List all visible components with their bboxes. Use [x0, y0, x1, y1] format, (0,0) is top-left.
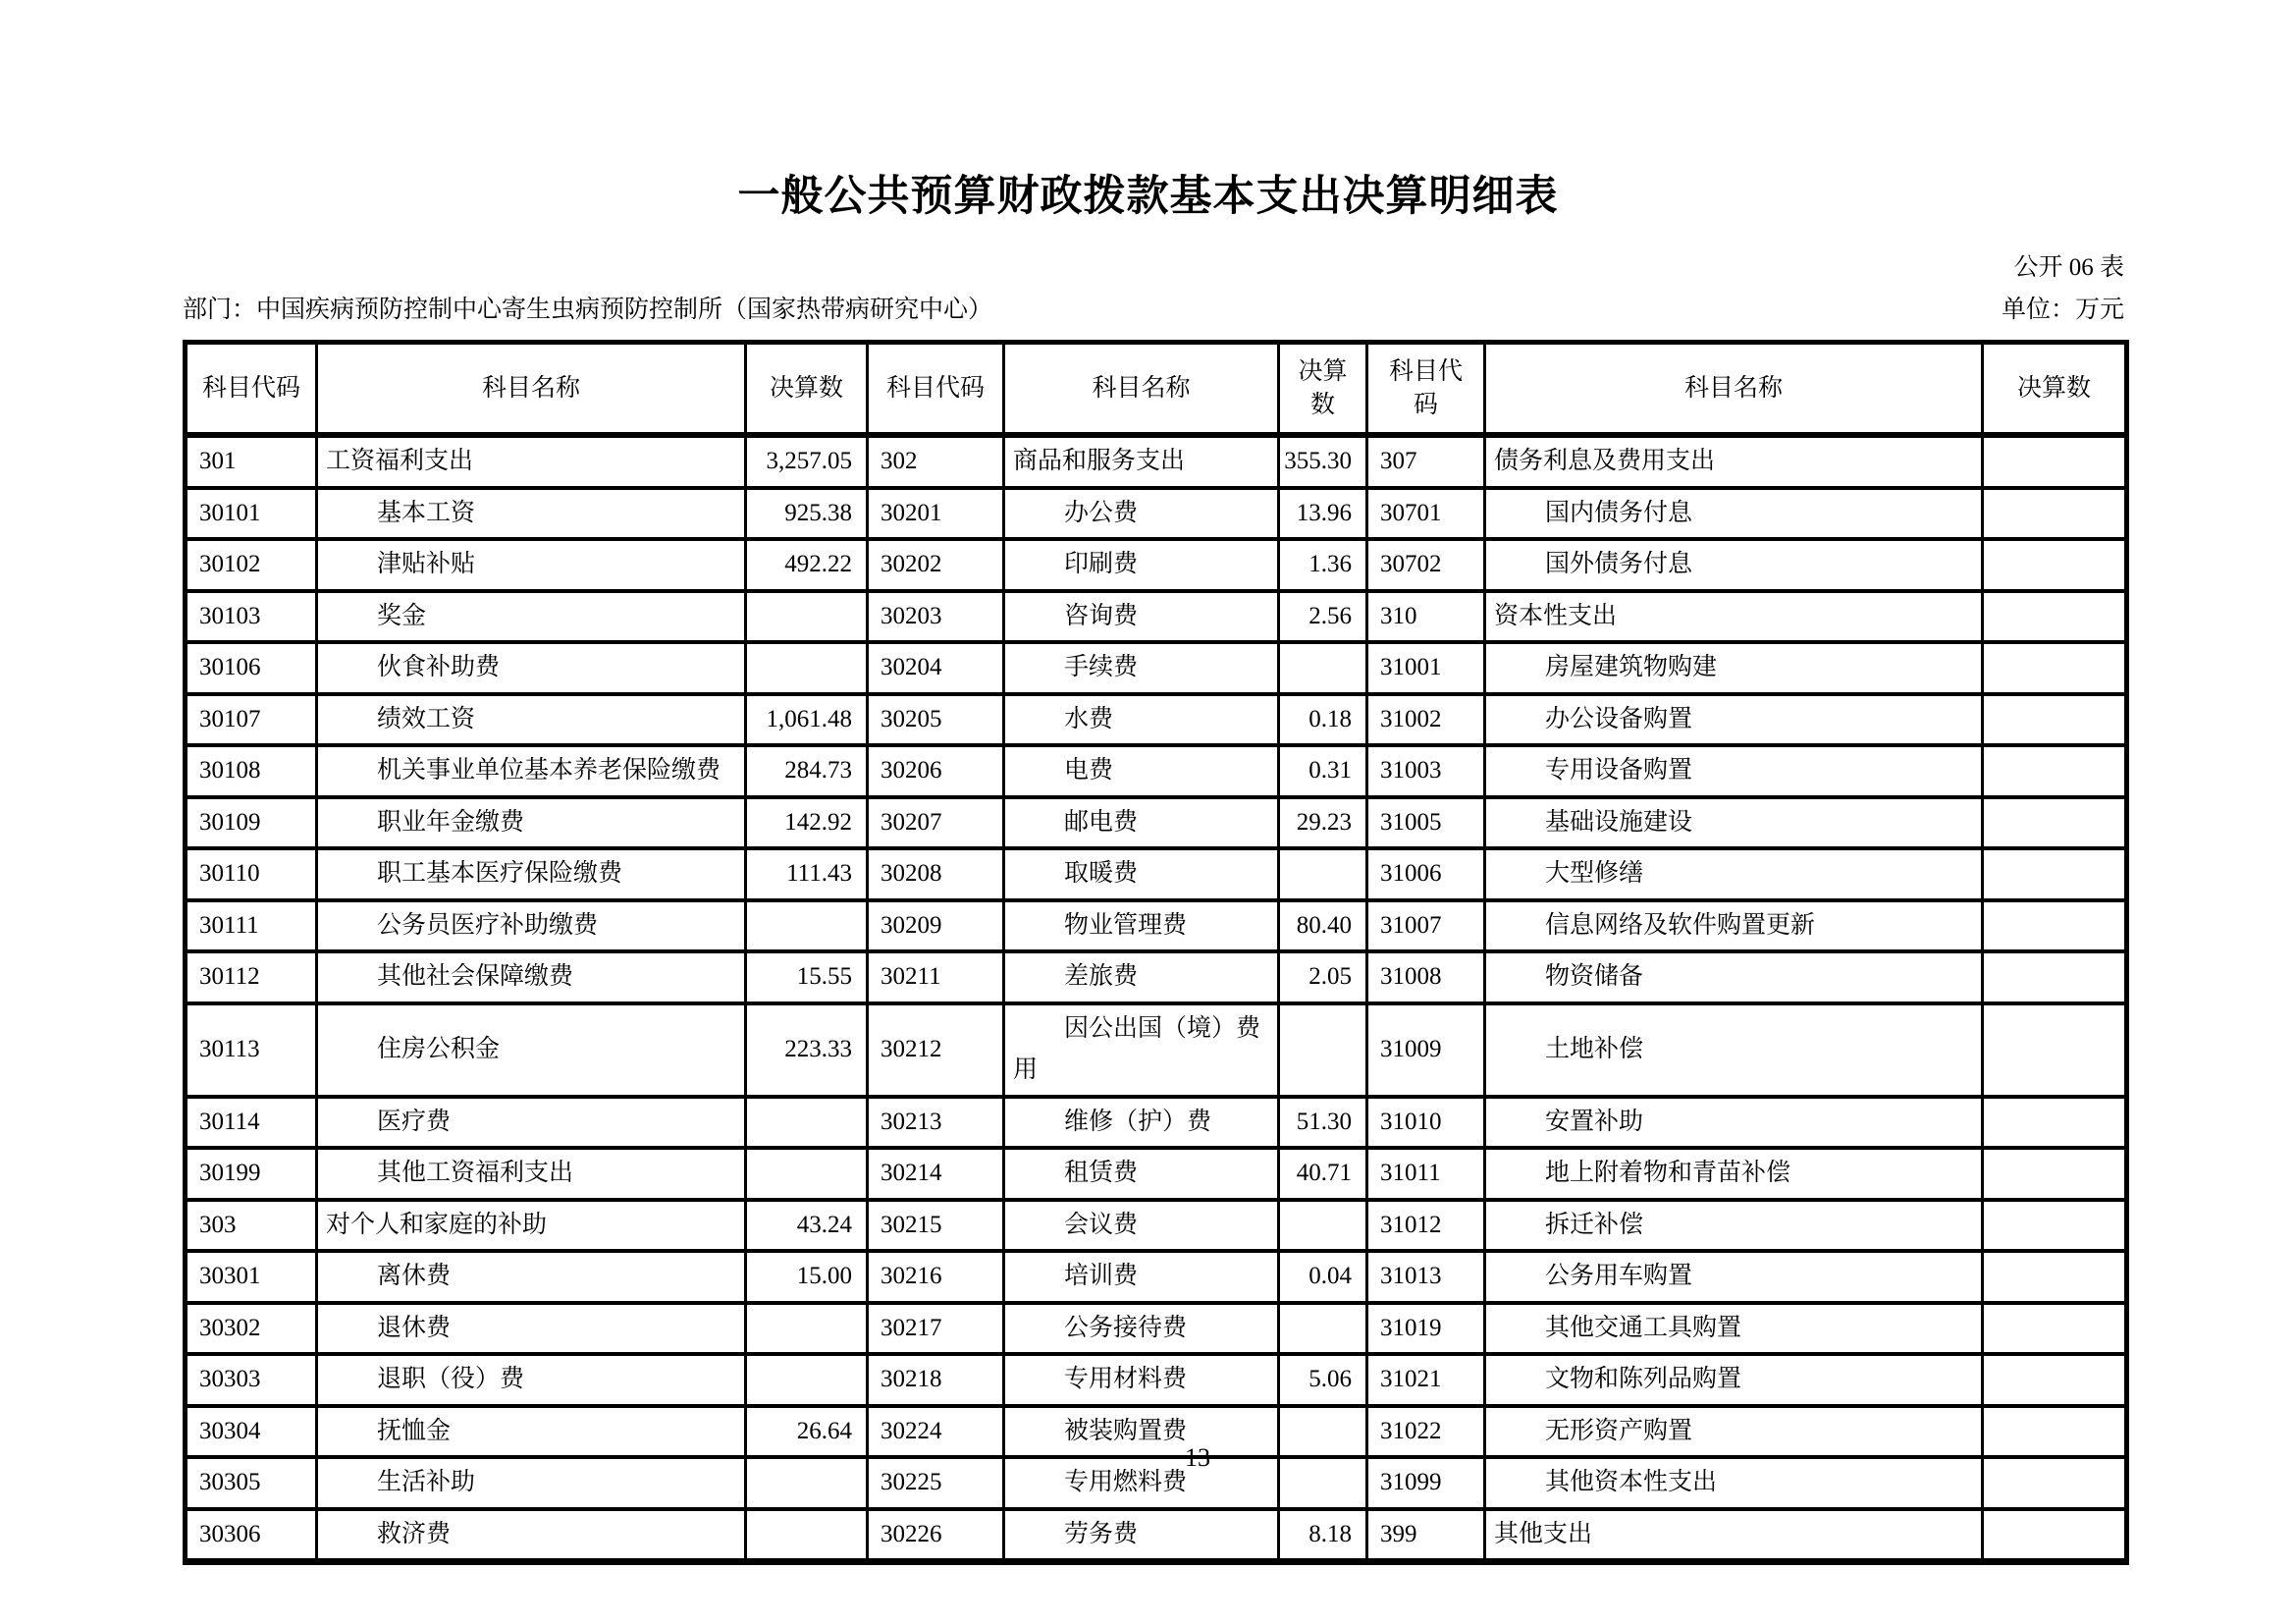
- subject-name-text: 地上附着物和青苗补偿: [1494, 1153, 1971, 1195]
- subject-name-text: 拆迁补偿: [1494, 1205, 1971, 1247]
- amount-cell: 8.18: [1279, 1509, 1367, 1562]
- subject-name-text: 劳务费: [1013, 1514, 1267, 1556]
- subject-code-cell: 301: [186, 435, 317, 488]
- amount-cell: 51.30: [1279, 1097, 1367, 1149]
- subject-name-cell: 维修（护）费: [1004, 1097, 1279, 1149]
- amount-cell: [746, 1509, 868, 1562]
- subject-name-text: 水费: [1013, 699, 1267, 741]
- amount-cell: [1983, 1003, 2127, 1097]
- subject-name-text: 离休费: [326, 1256, 734, 1298]
- subject-name-cell: 印刷费: [1004, 539, 1279, 591]
- subject-code-cell: 31012: [1367, 1200, 1485, 1252]
- subject-name-text: 商品和服务支出: [1013, 441, 1267, 483]
- subject-name-text: 办公设备购置: [1494, 699, 1971, 741]
- amount-cell: 0.18: [1279, 694, 1367, 746]
- subject-name-text: 培训费: [1013, 1256, 1267, 1298]
- column-header-3: 决算数: [746, 343, 868, 436]
- subject-name-cell: 职工基本医疗保险缴费: [317, 848, 746, 900]
- column-header-7: 科目代码: [1367, 343, 1485, 436]
- amount-cell: [1983, 539, 2127, 591]
- subject-code-cell: 31003: [1367, 745, 1485, 797]
- subject-code-cell: 31008: [1367, 951, 1485, 1003]
- subject-name-cell: 对个人和家庭的补助: [317, 1200, 746, 1252]
- subject-code-cell: 31019: [1367, 1303, 1485, 1355]
- department-label: 部门：中国疾病预防控制中心寄生虫病预防控制所（国家热带病研究中心）: [183, 290, 992, 325]
- subject-name-cell: 大型修缮: [1485, 848, 1983, 900]
- amount-cell: 0.31: [1279, 745, 1367, 797]
- subject-name-text: 专用设备购置: [1494, 750, 1971, 792]
- subject-code-cell: 30114: [186, 1097, 317, 1149]
- subject-code-cell: 30107: [186, 694, 317, 746]
- amount-cell: [1983, 797, 2127, 849]
- subject-name-text: 土地补偿: [1494, 1029, 1971, 1071]
- subject-code-cell: 30199: [186, 1148, 317, 1200]
- table-row: 30111公务员医疗补助缴费30209物业管理费80.4031007信息网络及软…: [186, 900, 2127, 952]
- subject-name-cell: 绩效工资: [317, 694, 746, 746]
- subject-name-text: 大型修缮: [1494, 853, 1971, 895]
- amount-cell: 355.30: [1279, 435, 1367, 488]
- subject-name-cell: 手续费: [1004, 642, 1279, 694]
- amount-cell: [1279, 1200, 1367, 1252]
- subject-code-cell: 31006: [1367, 848, 1485, 900]
- subject-name-text: 租赁费: [1013, 1153, 1267, 1195]
- subject-name-text: 机关事业单位基本养老保险缴费: [326, 750, 734, 792]
- subject-code-cell: 30214: [868, 1148, 1004, 1200]
- subject-name-cell: 信息网络及软件购置更新: [1485, 900, 1983, 952]
- subject-code-cell: 30202: [868, 539, 1004, 591]
- subject-name-cell: 债务利息及费用支出: [1485, 435, 1983, 488]
- subject-name-cell: 其他交通工具购置: [1485, 1303, 1983, 1355]
- table-row: 30108机关事业单位基本养老保险缴费284.7330206电费0.313100…: [186, 745, 2127, 797]
- subject-name-text: 维修（护）费: [1013, 1102, 1267, 1144]
- subject-name-text: 邮电费: [1013, 802, 1267, 844]
- subject-name-text: 资本性支出: [1494, 596, 1971, 638]
- subject-name-cell: 专用材料费: [1004, 1354, 1279, 1406]
- subject-code-cell: 30204: [868, 642, 1004, 694]
- table-row: 30106伙食补助费30204手续费31001房屋建筑物购建: [186, 642, 2127, 694]
- subject-name-cell: 机关事业单位基本养老保险缴费: [317, 745, 746, 797]
- table-row: 30302退休费30217公务接待费31019其他交通工具购置: [186, 1303, 2127, 1355]
- amount-cell: 1,061.48: [746, 694, 868, 746]
- amount-cell: [1983, 694, 2127, 746]
- column-header-1: 科目代码: [186, 343, 317, 436]
- table-row: 303对个人和家庭的补助43.2430215会议费31012拆迁补偿: [186, 1200, 2127, 1252]
- subject-name-text: 会议费: [1013, 1205, 1267, 1247]
- subject-code-cell: 30101: [186, 488, 317, 540]
- subject-name-text: 国内债务付息: [1494, 493, 1971, 535]
- table-row: 30102津贴补贴492.2230202印刷费1.3630702国外债务付息: [186, 539, 2127, 591]
- subject-name-cell: 咨询费: [1004, 591, 1279, 643]
- amount-cell: 43.24: [746, 1200, 868, 1252]
- subject-name-cell: 商品和服务支出: [1004, 435, 1279, 488]
- subject-name-cell: 物资储备: [1485, 951, 1983, 1003]
- table-row: 30101基本工资925.3830201办公费13.9630701国内债务付息: [186, 488, 2127, 540]
- subject-code-cell: 30102: [186, 539, 317, 591]
- subject-code-cell: 30702: [1367, 539, 1485, 591]
- table-row: 30107绩效工资1,061.4830205水费0.1831002办公设备购置: [186, 694, 2127, 746]
- subject-name-text: 对个人和家庭的补助: [326, 1205, 734, 1247]
- amount-cell: 284.73: [746, 745, 868, 797]
- subject-code-cell: 307: [1367, 435, 1485, 488]
- subject-name-cell: 取暖费: [1004, 848, 1279, 900]
- subject-name-text: 住房公积金: [326, 1029, 734, 1071]
- table-row: 30110职工基本医疗保险缴费111.4330208取暖费31006大型修缮: [186, 848, 2127, 900]
- subject-code-cell: 30205: [868, 694, 1004, 746]
- subject-name-cell: 工资福利支出: [317, 435, 746, 488]
- subject-name-cell: 国外债务付息: [1485, 539, 1983, 591]
- subject-code-cell: 30113: [186, 1003, 317, 1097]
- subject-code-cell: 31002: [1367, 694, 1485, 746]
- subject-name-cell: 房屋建筑物购建: [1485, 642, 1983, 694]
- subject-name-text: 医疗费: [326, 1102, 734, 1144]
- table-row: 30109职业年金缴费142.9230207邮电费29.2331005基础设施建…: [186, 797, 2127, 849]
- subject-code-cell: 30106: [186, 642, 317, 694]
- subject-name-text: 电费: [1013, 750, 1267, 792]
- amount-cell: [1983, 1097, 2127, 1149]
- amount-cell: [1983, 488, 2127, 540]
- subject-name-text: 办公费: [1013, 493, 1267, 535]
- subject-code-cell: 30209: [868, 900, 1004, 952]
- subject-name-text: 职业年金缴费: [326, 802, 734, 844]
- amount-cell: 13.96: [1279, 488, 1367, 540]
- table-row: 30113住房公积金223.3330212因公出国（境）费用31009土地补偿: [186, 1003, 2127, 1097]
- amount-cell: [1983, 1509, 2127, 1562]
- subject-name-text: 其他社会保障缴费: [326, 956, 734, 999]
- subject-name-text: 物业管理费: [1013, 905, 1267, 947]
- amount-cell: [1983, 951, 2127, 1003]
- subject-name-text: 信息网络及软件购置更新: [1494, 905, 1971, 947]
- subject-code-cell: 30215: [868, 1200, 1004, 1252]
- amount-cell: [1983, 1251, 2127, 1303]
- subject-name-text: 物资储备: [1494, 956, 1971, 999]
- subject-name-text: 国外债务付息: [1494, 544, 1971, 586]
- amount-cell: [1983, 435, 2127, 488]
- subject-code-cell: 31011: [1367, 1148, 1485, 1200]
- subject-name-cell: 会议费: [1004, 1200, 1279, 1252]
- subject-name-cell: 差旅费: [1004, 951, 1279, 1003]
- subject-name-cell: 其他支出: [1485, 1509, 1983, 1562]
- subject-name-cell: 文物和陈列品购置: [1485, 1354, 1983, 1406]
- column-header-6: 决算数: [1279, 343, 1367, 436]
- subject-name-text: 公务员医疗补助缴费: [326, 905, 734, 947]
- subject-code-cell: 31007: [1367, 900, 1485, 952]
- table-row: 30303退职（役）费30218专用材料费5.0631021文物和陈列品购置: [186, 1354, 2127, 1406]
- table-row: 30199其他工资福利支出30214租赁费40.7131011地上附着物和青苗补…: [186, 1148, 2127, 1200]
- subject-name-text: 其他交通工具购置: [1494, 1308, 1971, 1350]
- amount-cell: 925.38: [746, 488, 868, 540]
- amount-cell: [746, 642, 868, 694]
- amount-cell: [1279, 642, 1367, 694]
- subject-code-cell: 30226: [868, 1509, 1004, 1562]
- table-header: 科目代码科目名称决算数科目代码科目名称决算数科目代码科目名称决算数: [186, 343, 2127, 436]
- subject-code-cell: 30112: [186, 951, 317, 1003]
- amount-cell: [1279, 848, 1367, 900]
- amount-cell: [1983, 1354, 2127, 1406]
- table-row: 30114医疗费30213维修（护）费51.3031010安置补助: [186, 1097, 2127, 1149]
- subject-name-text: 其他工资福利支出: [326, 1153, 734, 1195]
- amount-cell: 2.05: [1279, 951, 1367, 1003]
- subject-code-cell: 310: [1367, 591, 1485, 643]
- subject-code-cell: 30109: [186, 797, 317, 849]
- amount-cell: 15.55: [746, 951, 868, 1003]
- subject-name-cell: 其他社会保障缴费: [317, 951, 746, 1003]
- subject-name-cell: 土地补偿: [1485, 1003, 1983, 1097]
- amount-cell: 492.22: [746, 539, 868, 591]
- subject-name-cell: 基础设施建设: [1485, 797, 1983, 849]
- subject-name-cell: 公务员医疗补助缴费: [317, 900, 746, 952]
- subject-name-cell: 邮电费: [1004, 797, 1279, 849]
- subject-name-text: 救济费: [326, 1514, 734, 1556]
- amount-cell: 15.00: [746, 1251, 868, 1303]
- amount-cell: [1279, 1303, 1367, 1355]
- column-header-2: 科目名称: [317, 343, 746, 436]
- subject-name-cell: 培训费: [1004, 1251, 1279, 1303]
- subject-name-cell: 其他工资福利支出: [317, 1148, 746, 1200]
- subject-code-cell: 30303: [186, 1354, 317, 1406]
- subject-name-cell: 办公设备购置: [1485, 694, 1983, 746]
- table-row: 30103奖金30203咨询费2.56310资本性支出: [186, 591, 2127, 643]
- column-header-5: 科目名称: [1004, 343, 1279, 436]
- subject-name-text: 取暖费: [1013, 853, 1267, 895]
- subject-name-cell: 拆迁补偿: [1485, 1200, 1983, 1252]
- subject-code-cell: 303: [186, 1200, 317, 1252]
- subject-name-text: 奖金: [326, 596, 734, 638]
- form-number-label: 公开 06 表: [2013, 247, 2124, 283]
- budget-detail-table: 科目代码科目名称决算数科目代码科目名称决算数科目代码科目名称决算数 301工资福…: [183, 340, 2129, 1565]
- subject-name-cell: 救济费: [317, 1509, 746, 1562]
- table-row: 30306救济费30226劳务费8.18399其他支出: [186, 1509, 2127, 1562]
- subject-name-cell: 基本工资: [317, 488, 746, 540]
- table-row: 30112其他社会保障缴费15.5530211差旅费2.0531008物资储备: [186, 951, 2127, 1003]
- amount-cell: [746, 1097, 868, 1149]
- amount-cell: 142.92: [746, 797, 868, 849]
- subject-name-cell: 地上附着物和青苗补偿: [1485, 1148, 1983, 1200]
- subject-name-cell: 津贴补贴: [317, 539, 746, 591]
- subject-code-cell: 30217: [868, 1303, 1004, 1355]
- subject-code-cell: 31013: [1367, 1251, 1485, 1303]
- subject-name-text: 公务接待费: [1013, 1308, 1267, 1350]
- amount-cell: [1983, 1303, 2127, 1355]
- table-row: 301工资福利支出3,257.05302商品和服务支出355.30307债务利息…: [186, 435, 2127, 488]
- subject-name-cell: 退职（役）费: [317, 1354, 746, 1406]
- subject-code-cell: 30201: [868, 488, 1004, 540]
- subject-code-cell: 30103: [186, 591, 317, 643]
- subject-name-cell: 办公费: [1004, 488, 1279, 540]
- subject-name-cell: 奖金: [317, 591, 746, 643]
- subject-code-cell: 30206: [868, 745, 1004, 797]
- unit-label: 单位：万元: [2002, 290, 2124, 325]
- subject-name-text: 公务用车购置: [1494, 1256, 1971, 1298]
- amount-cell: [1279, 1003, 1367, 1097]
- subject-code-cell: 30208: [868, 848, 1004, 900]
- subject-code-cell: 30301: [186, 1251, 317, 1303]
- subject-code-cell: 302: [868, 435, 1004, 488]
- subject-code-cell: 30212: [868, 1003, 1004, 1097]
- amount-cell: 3,257.05: [746, 435, 868, 488]
- subject-code-cell: 30108: [186, 745, 317, 797]
- subject-name-text: 工资福利支出: [326, 441, 734, 483]
- document-page: 一般公共预算财政拨款基本支出决算明细表 公开 06 表 部门：中国疾病预防控制中…: [0, 0, 2296, 1624]
- column-header-4: 科目代码: [868, 343, 1004, 436]
- subject-code-cell: 31009: [1367, 1003, 1485, 1097]
- subject-name-cell: 物业管理费: [1004, 900, 1279, 952]
- amount-cell: [1983, 745, 2127, 797]
- subject-name-cell: 职业年金缴费: [317, 797, 746, 849]
- subject-code-cell: 31005: [1367, 797, 1485, 849]
- subject-name-text: 退休费: [326, 1308, 734, 1350]
- subject-name-text: 咨询费: [1013, 596, 1267, 638]
- subject-name-cell: 因公出国（境）费用: [1004, 1003, 1279, 1097]
- subject-name-cell: 伙食补助费: [317, 642, 746, 694]
- amount-cell: [746, 591, 868, 643]
- subject-name-text: 文物和陈列品购置: [1494, 1359, 1971, 1401]
- subject-code-cell: 30111: [186, 900, 317, 952]
- column-header-9: 决算数: [1983, 343, 2127, 436]
- amount-cell: [746, 1303, 868, 1355]
- subject-name-text: 债务利息及费用支出: [1494, 441, 1971, 483]
- page-title: 一般公共预算财政拨款基本支出决算明细表: [0, 163, 2296, 223]
- amount-cell: 0.04: [1279, 1251, 1367, 1303]
- subject-name-text: 绩效工资: [326, 699, 734, 741]
- amount-cell: 29.23: [1279, 797, 1367, 849]
- subject-code-cell: 30306: [186, 1509, 317, 1562]
- amount-cell: 223.33: [746, 1003, 868, 1097]
- amount-cell: 1.36: [1279, 539, 1367, 591]
- amount-cell: [1983, 642, 2127, 694]
- amount-cell: [1983, 1148, 2127, 1200]
- amount-cell: [1983, 900, 2127, 952]
- table-body: 301工资福利支出3,257.05302商品和服务支出355.30307债务利息…: [186, 435, 2127, 1562]
- subject-name-text: 津贴补贴: [326, 544, 734, 586]
- subject-name-cell: 专用设备购置: [1485, 745, 1983, 797]
- table-meta-row: 部门：中国疾病预防控制中心寄生虫病预防控制所（国家热带病研究中心） 单位：万元: [183, 290, 2124, 325]
- subject-code-cell: 30701: [1367, 488, 1485, 540]
- subject-name-text: 手续费: [1013, 647, 1267, 689]
- subject-name-text: 基本工资: [326, 493, 734, 535]
- subject-code-cell: 31001: [1367, 642, 1485, 694]
- subject-name-cell: 住房公积金: [317, 1003, 746, 1097]
- amount-cell: 111.43: [746, 848, 868, 900]
- subject-code-cell: 30302: [186, 1303, 317, 1355]
- subject-name-text: 因公出国（境）费用: [1013, 1008, 1267, 1092]
- subject-code-cell: 30218: [868, 1354, 1004, 1406]
- subject-name-cell: 电费: [1004, 745, 1279, 797]
- subject-name-cell: 公务接待费: [1004, 1303, 1279, 1355]
- amount-cell: 2.56: [1279, 591, 1367, 643]
- subject-name-cell: 水费: [1004, 694, 1279, 746]
- subject-name-text: 安置补助: [1494, 1102, 1971, 1144]
- amount-cell: 5.06: [1279, 1354, 1367, 1406]
- subject-name-text: 房屋建筑物购建: [1494, 647, 1971, 689]
- amount-cell: [746, 900, 868, 952]
- column-header-8: 科目名称: [1485, 343, 1983, 436]
- subject-name-cell: 医疗费: [317, 1097, 746, 1149]
- subject-name-cell: 国内债务付息: [1485, 488, 1983, 540]
- subject-name-text: 印刷费: [1013, 544, 1267, 586]
- subject-name-text: 专用材料费: [1013, 1359, 1267, 1401]
- subject-code-cell: 30110: [186, 848, 317, 900]
- subject-code-cell: 31010: [1367, 1097, 1485, 1149]
- table-header-row: 科目代码科目名称决算数科目代码科目名称决算数科目代码科目名称决算数: [186, 343, 2127, 436]
- subject-name-text: 其他支出: [1494, 1514, 1971, 1556]
- amount-cell: [1983, 591, 2127, 643]
- amount-cell: [1983, 848, 2127, 900]
- subject-name-cell: 劳务费: [1004, 1509, 1279, 1562]
- subject-name-text: 退职（役）费: [326, 1359, 734, 1401]
- amount-cell: 40.71: [1279, 1148, 1367, 1200]
- subject-code-cell: 31021: [1367, 1354, 1485, 1406]
- amount-cell: 80.40: [1279, 900, 1367, 952]
- subject-name-cell: 公务用车购置: [1485, 1251, 1983, 1303]
- amount-cell: [1983, 1200, 2127, 1252]
- subject-name-text: 差旅费: [1013, 956, 1267, 999]
- subject-code-cell: 30216: [868, 1251, 1004, 1303]
- table-row: 30301离休费15.0030216培训费0.0431013公务用车购置: [186, 1251, 2127, 1303]
- subject-code-cell: 30211: [868, 951, 1004, 1003]
- subject-name-text: 基础设施建设: [1494, 802, 1971, 844]
- subject-code-cell: 30213: [868, 1097, 1004, 1149]
- subject-code-cell: 30203: [868, 591, 1004, 643]
- page-number: 13: [0, 1443, 2296, 1473]
- subject-name-cell: 租赁费: [1004, 1148, 1279, 1200]
- amount-cell: [746, 1354, 868, 1406]
- subject-code-cell: 30207: [868, 797, 1004, 849]
- subject-code-cell: 399: [1367, 1509, 1485, 1562]
- subject-name-cell: 离休费: [317, 1251, 746, 1303]
- subject-name-cell: 退休费: [317, 1303, 746, 1355]
- subject-name-text: 职工基本医疗保险缴费: [326, 853, 734, 895]
- amount-cell: [746, 1148, 868, 1200]
- subject-name-text: 伙食补助费: [326, 647, 734, 689]
- subject-name-cell: 安置补助: [1485, 1097, 1983, 1149]
- subject-name-cell: 资本性支出: [1485, 591, 1983, 643]
